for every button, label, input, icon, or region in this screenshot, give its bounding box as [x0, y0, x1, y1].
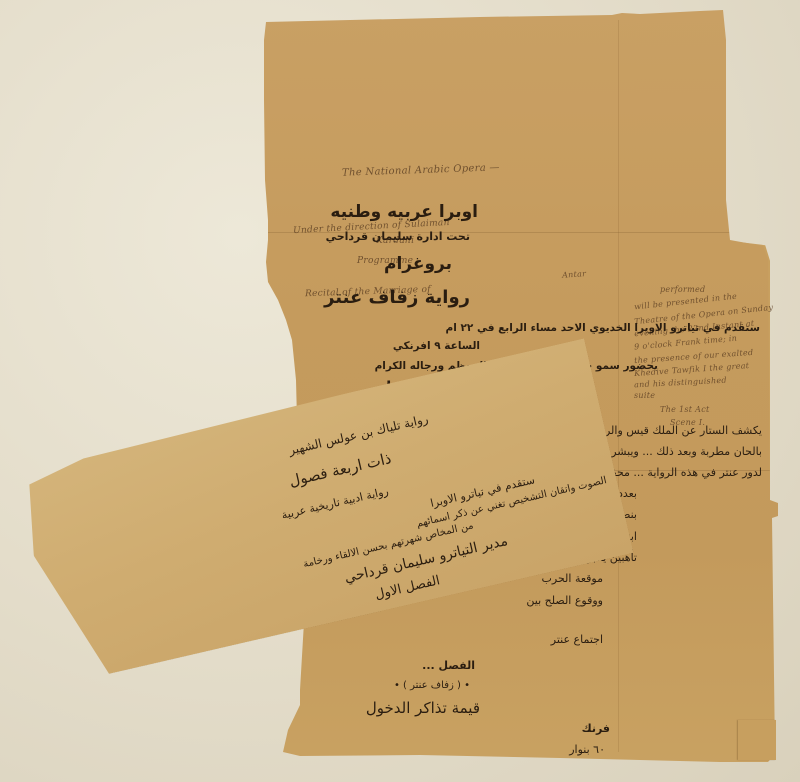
wedding-note: • ( زفاف عنتر ) • [394, 680, 470, 691]
play-title: رواية زفاف عنتر [324, 287, 470, 308]
ticket-heading: قيمة تذاكر الدخول [366, 699, 480, 717]
ticket-price: ٦٠ بنوار [569, 743, 605, 756]
lower-line: موقعة الحرب [542, 572, 603, 585]
performance-line-2: الساعة ٩ افرنكي [393, 340, 480, 352]
management-line: تحت ادارة سليمان قرداحي [326, 230, 470, 243]
fold-line [618, 20, 619, 752]
handwritten-act-label: The 1st Act [660, 405, 710, 414]
programme-heading: بروغرام [384, 254, 452, 274]
final-act-heading: الفصل ... [422, 659, 475, 672]
margin-note-line: suite [634, 391, 655, 400]
margin-note-line: performed [660, 285, 705, 294]
performance-line-1: ستقدم في تياترو الاوبرا الخديوي الاحد مس… [446, 322, 760, 334]
lower-line: اجتماع عنتر [551, 633, 603, 646]
body-line: لدور عنتر في هذه الرواية ... محفوف [594, 466, 762, 479]
ticket-currency: فرنك [582, 722, 610, 735]
opera-name: اوبرا عربيه وطنيه [330, 202, 478, 222]
handwritten-antar: Antar [562, 269, 587, 280]
torn-corner-tab [738, 720, 776, 760]
lower-line: ووقوع الصلح بين [526, 594, 603, 607]
